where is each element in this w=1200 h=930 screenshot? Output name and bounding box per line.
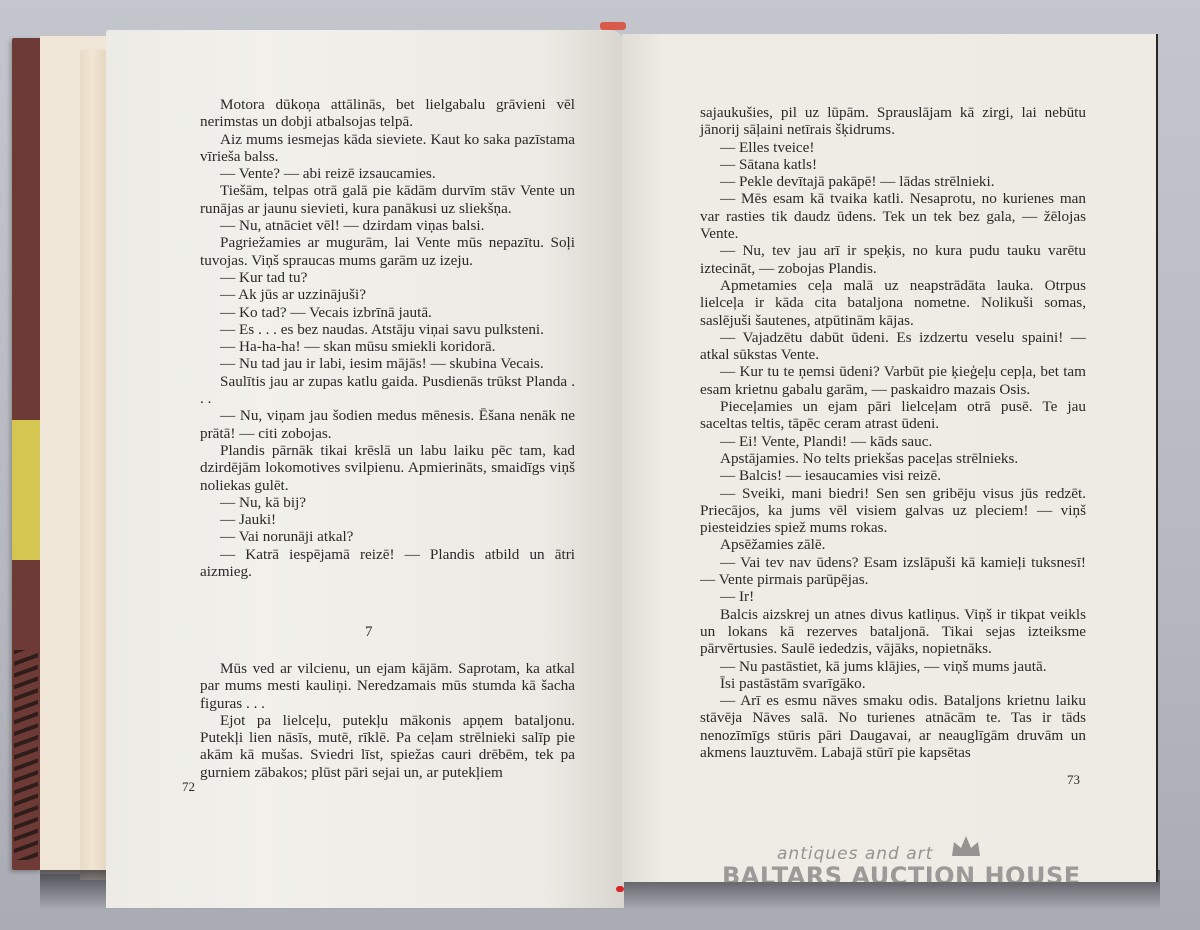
paragraph: Apsēžamies zālē. (700, 536, 1086, 553)
paragraph: — Kur tad tu? (200, 269, 575, 286)
page-number-left: 72 (182, 779, 195, 795)
paragraph: — Ei! Vente, Plandi! — kāds sauc. (700, 433, 1086, 450)
paragraph: — Vai norunāji atkal? (200, 528, 575, 545)
red-page-edge (600, 22, 626, 30)
paragraph: Pieceļamies un ejam pāri lielceļam otrā … (700, 398, 1086, 433)
paragraph: — Vente? — abi reizē izsaucamies. (200, 165, 575, 182)
paragraph: Tiešām, telpas otrā galā pie kādām durvī… (200, 182, 575, 217)
paragraph: — Vajadzētu dabūt ūdeni. Es izdzertu ves… (700, 329, 1086, 364)
paragraph: Apstājamies. No telts priekšas paceļas s… (700, 450, 1086, 467)
paragraph: — Nu pastāstiet, kā jums klājies, — viņš… (700, 658, 1086, 675)
paragraph: — Nu tad jau ir labi, iesim mājās! — sku… (200, 355, 575, 372)
red-page-edge-bottom (616, 886, 624, 892)
book-cover-illustration (14, 650, 38, 860)
paragraph: — Sātana katls! (700, 156, 1086, 173)
paragraph: — Ak jūs ar uzzinājuši? (200, 286, 575, 303)
paragraph: — Mēs esam kā tvaika katli. Nesaprotu, n… (700, 190, 1086, 242)
paragraph: — Es . . . es bez naudas. Atstāju viņai … (200, 321, 575, 338)
chapter-number: 7 (365, 624, 373, 641)
paragraph: — Kur tu te ņemsi ūdeni? Varbūt pie ķieģ… (700, 363, 1086, 398)
page-number-right: 73 (1067, 772, 1080, 788)
paragraph: Apmetamies ceļa malā uz neapstrādāta lau… (700, 277, 1086, 329)
paragraph: sajaukušies, pil uz lūpām. Sprauslājam k… (700, 104, 1086, 139)
paragraph: — Balcis! — iesaucamies visi reizē. (700, 467, 1086, 484)
paragraph: Balcis aizskrej un atnes divus katliņus.… (700, 606, 1086, 658)
paragraph: Mūs ved ar vilcienu, un ejam kājām. Sapr… (200, 660, 575, 712)
left-page-body: Motora dūkoņa attālinās, bet lielgabalu … (200, 96, 575, 580)
paragraph: — Nu, kā bij? (200, 494, 575, 511)
paragraph: Pagriežamies ar mugurām, lai Vente mūs n… (200, 234, 575, 269)
paragraph: — Ir! (700, 588, 1086, 605)
paragraph: — Nu, viņam jau šodien medus mēnesis. Ēš… (200, 407, 575, 442)
paragraph: Ejot pa lielceļu, putekļu mākonis apņem … (200, 712, 575, 781)
right-page-body: sajaukušies, pil uz lūpām. Sprauslājam k… (700, 104, 1086, 761)
paragraph: Motora dūkoņa attālinās, bet lielgabalu … (200, 96, 575, 131)
paragraph: — Nu, tev jau arī ir speķis, no kura pud… (700, 242, 1086, 277)
paragraph: Īsi pastāstām svarīgāko. (700, 675, 1086, 692)
paragraph: — Arī es esmu nāves smaku odis. Bataljon… (700, 692, 1086, 761)
paragraph: Plandis pārnāk tikai krēslā un labu laik… (200, 442, 575, 494)
paragraph: — Sveiki, mani biedri! Sen sen gribēju v… (700, 485, 1086, 537)
paragraph: Saulītis jau ar zupas katlu gaida. Pusdi… (200, 373, 575, 408)
paragraph: — Nu, atnāciet vēl! — dzirdam viņas bals… (200, 217, 575, 234)
paragraph: — Jauki! (200, 511, 575, 528)
paragraph: — Ha-ha-ha! — skan mūsu smiekli koridorā… (200, 338, 575, 355)
book-cover-yellow-band (12, 420, 42, 560)
paragraph: — Elles tveice! (700, 139, 1086, 156)
chapter-body: Mūs ved ar vilcienu, un ejam kājām. Sapr… (200, 660, 575, 781)
paragraph: — Pekle devītajā pakāpē! — lādas strēlni… (700, 173, 1086, 190)
paragraph: — Katrā iespējamā reizē! — Plandis atbil… (200, 546, 575, 581)
paragraph: — Ko tad? — Vecais izbrīnā jautā. (200, 304, 575, 321)
paragraph: — Vai tev nav ūdens? Esam izslāpuši kā k… (700, 554, 1086, 589)
paragraph: Aiz mums iesmejas kāda sieviete. Kaut ko… (200, 131, 575, 166)
